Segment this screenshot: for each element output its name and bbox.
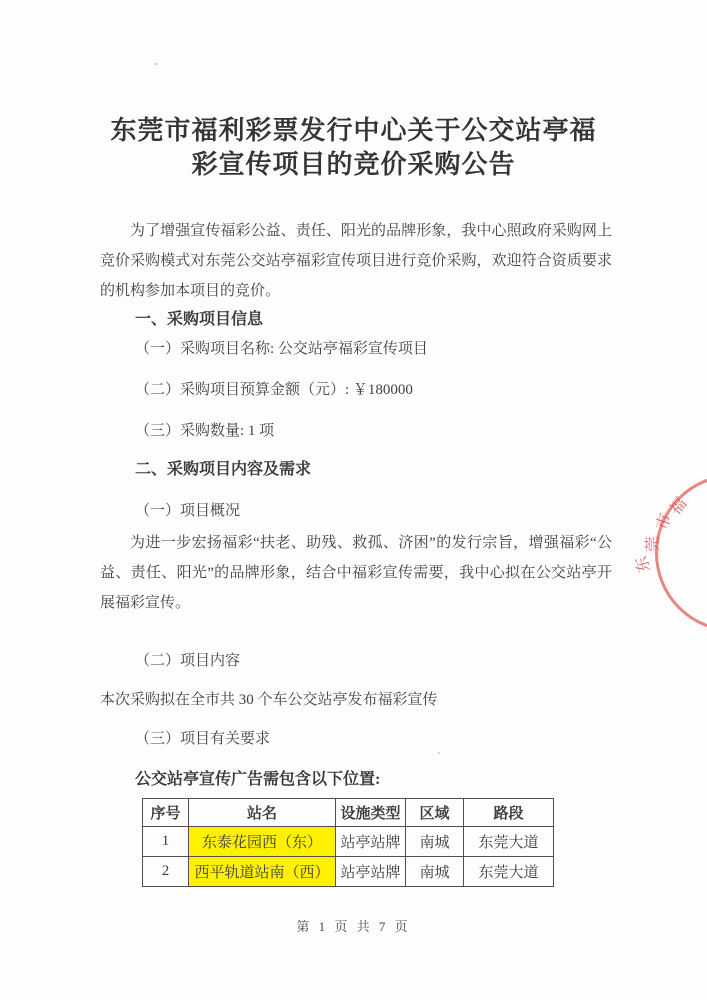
cell-station-name: 东泰花园西（东） bbox=[189, 827, 336, 857]
document-page: 东莞市福利彩票发行中心关于公交站亭福 彩宣传项目的竞价采购公告 为了增强宣传福彩… bbox=[0, 0, 707, 1000]
cell-area: 南城 bbox=[406, 827, 464, 857]
cell-road: 东莞大道 bbox=[464, 827, 554, 857]
scan-artifact bbox=[438, 752, 440, 754]
project-overview-heading: （一）项目概况 bbox=[135, 499, 240, 520]
station-table: 序号 站名 设施类型 区域 路段 1 东泰花园西（东） 站亭站牌 南城 东莞大道… bbox=[142, 798, 554, 887]
stamp-char: 东 bbox=[633, 553, 655, 575]
project-requirements-heading: （三）项目有关要求 bbox=[135, 727, 270, 748]
procurement-name-item: （一）采购项目名称: 公交站亭福彩宣传项目 bbox=[135, 337, 428, 358]
project-content-heading: （二）项目内容 bbox=[135, 649, 240, 670]
cell-road: 东莞大道 bbox=[464, 857, 554, 887]
cell-facility-type: 站亭站牌 bbox=[336, 827, 406, 857]
cell-index: 2 bbox=[143, 857, 189, 887]
procurement-budget-item: （二）采购项目预算金额（元）: ￥180000 bbox=[135, 378, 413, 399]
header-facility-type: 设施类型 bbox=[336, 799, 406, 827]
document-title-line-2: 彩宣传项目的竞价采购公告 bbox=[50, 148, 657, 182]
stamp-char: 莞 bbox=[645, 535, 664, 554]
document-title-line-1: 东莞市福利彩票发行中心关于公交站亭福 bbox=[50, 114, 657, 148]
cell-index: 1 bbox=[143, 827, 189, 857]
scan-artifact bbox=[154, 63, 157, 65]
header-area: 区域 bbox=[406, 799, 464, 827]
cell-station-name: 西平轨道站南（西） bbox=[189, 857, 336, 887]
document-title: 东莞市福利彩票发行中心关于公交站亭福 彩宣传项目的竞价采购公告 bbox=[50, 114, 657, 182]
header-index: 序号 bbox=[143, 799, 189, 827]
project-content-text: 本次采购拟在全市共 30 个车公交站亭发布福彩宣传 bbox=[100, 685, 612, 715]
header-station-name: 站名 bbox=[189, 799, 336, 827]
section-1-heading: 一、采购项目信息 bbox=[135, 306, 263, 329]
page-number: 第 1 页 共 7 页 bbox=[0, 916, 707, 935]
table-header-row: 序号 站名 设施类型 区域 路段 bbox=[143, 799, 554, 827]
intro-paragraph: 为了增强宣传福彩公益、责任、阳光的品牌形象，我中心照政府采购网上竞价采购模式对东… bbox=[100, 216, 612, 306]
header-road: 路段 bbox=[464, 799, 554, 827]
cell-facility-type: 站亭站牌 bbox=[336, 857, 406, 887]
procurement-quantity-item: （三）采购数量: 1 项 bbox=[135, 419, 274, 440]
project-overview-text: 为进一步宏扬福彩“扶老、助残、救孤、济困”的发行宗旨，增强福彩“公益、责任、阳光… bbox=[100, 528, 612, 618]
section-2-heading: 二、采购项目内容及需求 bbox=[135, 456, 311, 479]
location-note: 公交站亭宣传广告需包含以下位置: bbox=[135, 766, 380, 789]
table-row: 1 东泰花园西（东） 站亭站牌 南城 东莞大道 bbox=[143, 827, 554, 857]
table-row: 2 西平轨道站南（西） 站亭站牌 南城 东莞大道 bbox=[143, 857, 554, 887]
cell-area: 南城 bbox=[406, 857, 464, 887]
